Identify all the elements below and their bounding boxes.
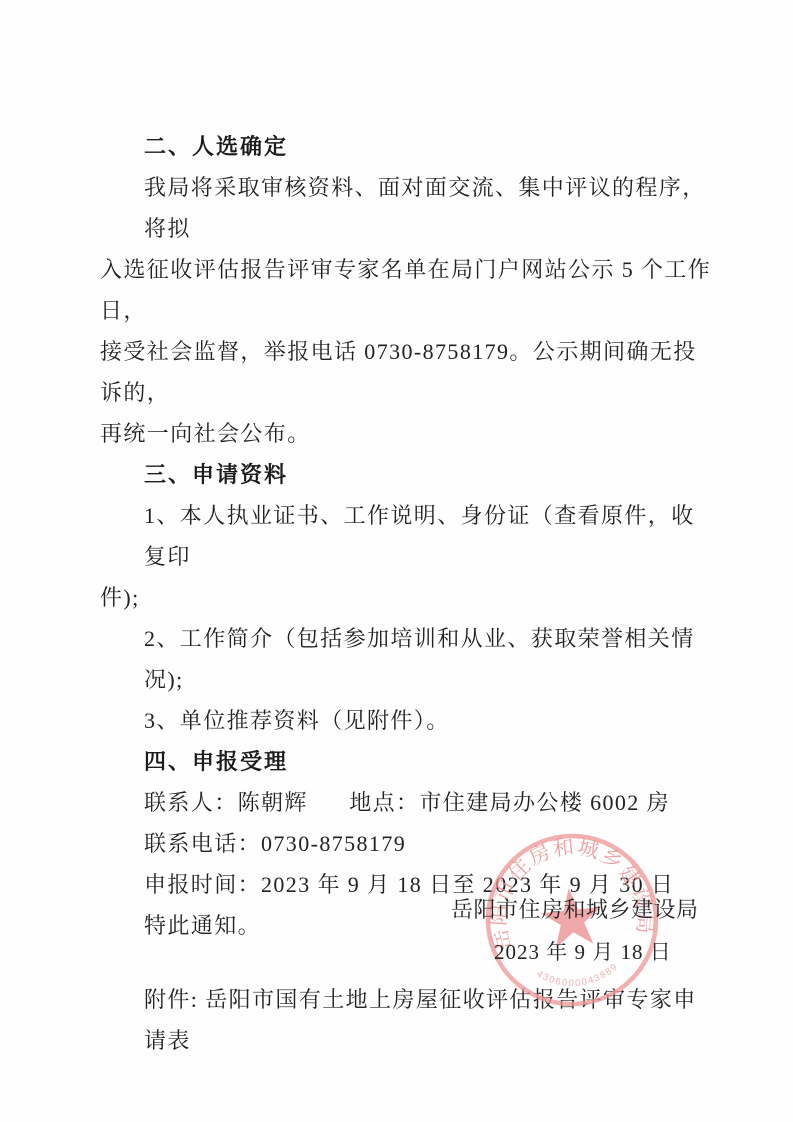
list-item-1-line: 1、本人执业证书、工作说明、身份证（查看原件，收复印 [100,495,714,577]
paragraph-line: 再统一向社会公布。 [100,413,714,454]
document-page: 二、人选确定 我局将采取审核资料、面对面交流、集中评议的程序，将拟 入选征收评估… [0,0,793,1122]
list-item-2-line: 2、工作简介（包括参加培训和从业、获取荣誉相关情况); [100,618,714,700]
contact-person-line: 联系人：陈朝辉 地点：市住建局办公楼 6002 房 [100,782,714,823]
contact-phone-line: 联系电话：0730-8758179 [100,823,714,864]
paragraph-line: 接受社会监督，举报电话 0730-8758179。公示期间确无投诉的， [100,331,714,413]
section-2-heading: 二、人选确定 [100,126,714,167]
paragraph-line: 入选征收评估报告评审专家名单在局门户网站公示 5 个工作日， [100,249,714,331]
section-4-heading: 四、申报受理 [100,741,714,782]
signature-date: 2023 年 9 月 18 日 [494,936,672,966]
signature-organization: 岳阳市住房和城乡建设局 [451,893,699,924]
paragraph-line: 我局将采取审核资料、面对面交流、集中评议的程序，将拟 [100,167,714,249]
section-3-heading: 三、申请资料 [100,454,714,495]
attachment-line: 附件: 岳阳市国有土地上房屋征收评估报告评审专家申请表 [100,979,714,1061]
list-item-1-line: 件); [100,577,714,618]
list-item-3-line: 3、单位推荐资料（见附件）。 [100,700,714,741]
